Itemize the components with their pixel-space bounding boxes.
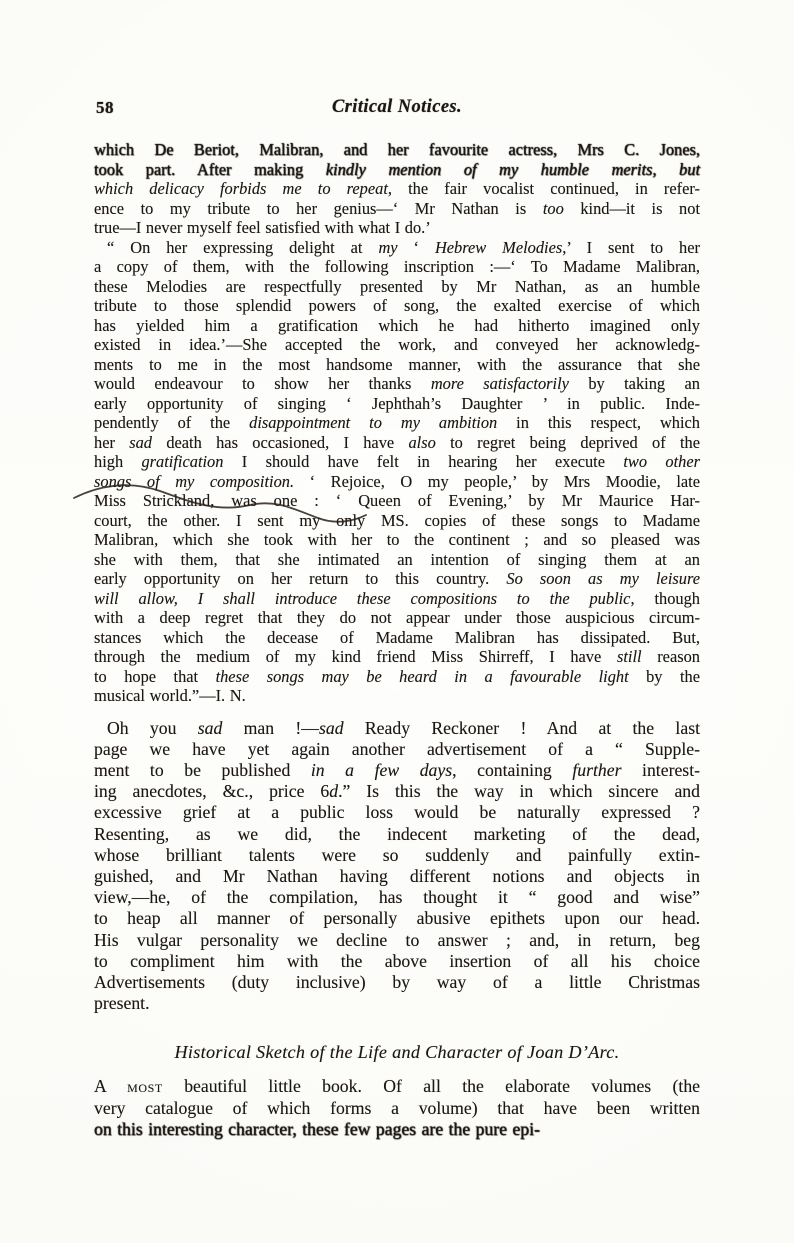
running-header: 58 Critical Notices. (94, 97, 700, 121)
text-segment: Hebrew Melodies (435, 238, 562, 257)
text-line: court, the other. I sent my only MS. cop… (94, 511, 700, 531)
text-line: ments to me in the most handsome manner,… (94, 355, 700, 375)
text-segment: still (617, 647, 642, 666)
text-line: early opportunity of singing ‘ Jephthah’… (94, 394, 700, 414)
text-line: will allow, I shall introduce these comp… (94, 589, 700, 609)
text-line: Malibran, which she took with her to the… (94, 530, 700, 550)
text-segment: with a deep regret that they do not appe… (94, 608, 700, 627)
text-line: which De Beriot, Malibran, and her favou… (94, 140, 700, 160)
text-line: to compliment him with the above inserti… (94, 951, 700, 972)
text-segment: more satisfactorily (431, 374, 569, 393)
text-segment: interest- (621, 760, 700, 780)
text-segment: in a few days (311, 760, 452, 780)
text-line: these Melodies are respectfully presente… (94, 277, 700, 297)
text-segment: to regret being deprived of the (436, 433, 700, 452)
text-segment: Malibran, which she took with her to the… (94, 530, 700, 549)
text-line: to heap all manner of personally abusive… (94, 908, 700, 929)
text-segment: , though (630, 589, 700, 608)
text-line: high gratification I should have felt in… (94, 452, 700, 472)
text-segment: also (408, 433, 435, 452)
text-segment: has yielded him a gratification which he… (94, 316, 700, 335)
text-line: a copy of them, with the following inscr… (94, 257, 700, 277)
text-segment: on this interesting character, these few… (94, 1119, 540, 1139)
section-heading-joan-darc: Historical Sketch of the Life and Charac… (94, 1041, 700, 1064)
text-segment: excessive grief at a public loss would b… (94, 802, 700, 822)
text-line: on this interesting character, these few… (94, 1119, 700, 1140)
text-segment: His vulgar personality we decline to ans… (94, 930, 700, 950)
text-segment: man !— (222, 718, 319, 738)
text-segment: would endeavour to show her thanks (94, 374, 431, 393)
text-segment: ,’ I sent to her (562, 238, 700, 257)
text-segment: page we have yet again another advertise… (94, 739, 700, 759)
text-segment: tribute to those splendid powers of song… (94, 296, 700, 315)
text-segment: in this respect, which (497, 413, 700, 432)
quote-paragraph: “ On her expressing delight at my ‘ Hebr… (94, 238, 700, 706)
text-segment: these Melodies are respectfully presente… (94, 277, 700, 296)
text-segment: pendently of the (94, 413, 249, 432)
text-segment: view,—he, of the compilation, has though… (94, 887, 700, 907)
text-segment: to compliment him with the above inserti… (94, 951, 700, 971)
text-segment: true—I never myself feel satisfied with … (94, 218, 431, 237)
text-line: existed in idea.’—She accepted the work,… (94, 335, 700, 355)
text-segment: whose brilliant talents were so suddenly… (94, 845, 700, 865)
text-segment: a copy of them, with the following inscr… (94, 257, 700, 276)
text-segment: Oh you (107, 718, 198, 738)
text-line: guished, and Mr Nathan having different … (94, 866, 700, 887)
text-line: whose brilliant talents were so suddenly… (94, 845, 700, 866)
text-segment: I should have felt in hearing her execut… (223, 452, 623, 471)
text-line: musical world.”—I. N. (94, 686, 700, 706)
text-segment: took part. After making (94, 160, 326, 179)
text-segment: ing anecdotes, &c., price 6 (94, 781, 329, 801)
text-segment: death has occasioned, I have (152, 433, 408, 452)
review-comment-paragraph: Oh you sad man !—sad Ready Reckoner ! An… (94, 718, 700, 1015)
text-segment: Advertisements (duty inclusive) by way o… (94, 972, 700, 992)
text-segment: gratification (141, 452, 223, 471)
text-line: to hope that these songs may be heard in… (94, 667, 700, 687)
text-line: which delicacy forbids me to repeat, the… (94, 179, 700, 199)
text-segment: sad (129, 433, 152, 452)
text-segment: through the medium of my kind friend Mis… (94, 647, 617, 666)
text-segment: sad (198, 718, 223, 738)
text-line: has yielded him a gratification which he… (94, 316, 700, 336)
text-line: true—I never myself feel satisfied with … (94, 218, 700, 238)
text-line: with a deep regret that they do not appe… (94, 608, 700, 628)
text-segment: existed in idea.’—She accepted the work,… (94, 335, 700, 354)
text-segment: disappointment to my ambition (249, 413, 497, 432)
text-segment: reason (642, 647, 700, 666)
text-segment: musical world.”—I. N. (94, 686, 246, 705)
text-line: tribute to those splendid powers of song… (94, 296, 700, 316)
quote-continuation-paragraph: which De Beriot, Malibran, and her favou… (94, 140, 700, 238)
text-line: Miss Strickland, was one : ‘ Queen of Ev… (94, 491, 700, 511)
text-segment: early opportunity on her return to this … (94, 569, 506, 588)
text-segment: beautiful little book. Of all the elabor… (163, 1076, 700, 1096)
text-line: she with them, that she intimated an int… (94, 550, 700, 570)
text-segment: ence to my tribute to her genius—‘ Mr Na… (94, 199, 543, 218)
text-segment: too (543, 199, 564, 218)
text-segment: these songs may be heard in a favourable… (216, 667, 629, 686)
text-segment: two other (623, 452, 700, 471)
text-segment: kindly mention of my humble merits, but (326, 160, 700, 179)
text-line: would endeavour to show her thanks more … (94, 374, 700, 394)
text-segment: high (94, 452, 141, 471)
text-segment: Ready Reckoner ! And at the last (344, 718, 700, 738)
text-line: stances which the decease of Madame Mali… (94, 628, 700, 648)
text-segment: d (329, 781, 338, 801)
text-segment: court, the other. I sent my only MS. cop… (94, 511, 700, 530)
text-segment: stances which the decease of Madame Mali… (94, 628, 700, 647)
text-segment: ments to me in the most handsome manner,… (94, 355, 700, 374)
text-segment: early opportunity of singing ‘ Jephthah’… (94, 394, 700, 413)
text-segment: present. (94, 993, 150, 1013)
text-segment: by the (629, 667, 700, 686)
text-segment: , containing (452, 760, 572, 780)
page-text-block: which De Beriot, Malibran, and her favou… (94, 140, 700, 1140)
text-segment: her (94, 433, 129, 452)
text-segment: .” Is this the way in which sincere and (338, 781, 700, 801)
text-line: pendently of the disappointment to my am… (94, 413, 700, 433)
text-line: A most beautiful little book. Of all the… (94, 1076, 700, 1097)
text-line: Resenting, as we did, the indecent marke… (94, 824, 700, 845)
text-line: ment to be published in a few days, cont… (94, 760, 700, 781)
text-line: ing anecdotes, &c., price 6d.” Is this t… (94, 781, 700, 802)
text-segment: guished, and Mr Nathan having different … (94, 866, 700, 886)
running-title: Critical Notices. (94, 97, 700, 118)
text-segment: to heap all manner of personally abusive… (94, 908, 700, 928)
joan-darc-review-paragraph: A most beautiful little book. Of all the… (94, 1076, 700, 1140)
text-segment: most (127, 1076, 163, 1096)
text-segment: further (572, 760, 621, 780)
text-segment: by taking an (569, 374, 700, 393)
text-line: her sad death has occasioned, I have als… (94, 433, 700, 453)
text-line: Oh you sad man !—sad Ready Reckoner ! An… (94, 718, 700, 739)
text-segment: to hope that (94, 667, 216, 686)
text-line: through the medium of my kind friend Mis… (94, 647, 700, 667)
text-segment: Resenting, as we did, the indecent marke… (94, 824, 700, 844)
text-segment: , the fair vocalist continued, in refer- (388, 179, 700, 198)
text-line: took part. After making kindly mention o… (94, 160, 700, 180)
text-line: page we have yet again another advertise… (94, 739, 700, 760)
text-segment: which De Beriot, Malibran, and her favou… (94, 140, 700, 159)
text-segment: songs of my composition. (94, 472, 294, 491)
text-segment: ment to be published (94, 760, 311, 780)
text-segment: very catalogue of which forms a volume) … (94, 1098, 700, 1118)
text-line: very catalogue of which forms a volume) … (94, 1098, 700, 1119)
text-line: “ On her expressing delight at my ‘ Hebr… (94, 238, 700, 258)
text-segment: will allow, I shall introduce these comp… (94, 589, 630, 608)
text-segment: So soon as my leisure (506, 569, 700, 588)
text-line: early opportunity on her return to this … (94, 569, 700, 589)
text-segment: A (94, 1076, 127, 1096)
text-line: present. (94, 993, 700, 1014)
text-segment: which delicacy forbids me to repeat (94, 179, 388, 198)
text-segment: she with them, that she intimated an int… (94, 550, 700, 569)
text-line: His vulgar personality we decline to ans… (94, 930, 700, 951)
text-line: view,—he, of the compilation, has though… (94, 887, 700, 908)
text-segment: Miss Strickland, was one : ‘ Queen of Ev… (94, 491, 700, 510)
text-segment: ‘ (398, 238, 435, 257)
text-line: Advertisements (duty inclusive) by way o… (94, 972, 700, 993)
text-segment: my (378, 238, 397, 257)
text-segment: kind—it is not (564, 199, 700, 218)
text-segment: sad (319, 718, 344, 738)
text-line: songs of my composition. ‘ Rejoice, O my… (94, 472, 700, 492)
text-line: excessive grief at a public loss would b… (94, 802, 700, 823)
text-segment: “ On her expressing delight at (107, 238, 378, 257)
text-segment: ‘ Rejoice, O my people,’ by Mrs Moodie, … (294, 472, 700, 491)
text-line: ence to my tribute to her genius—‘ Mr Na… (94, 199, 700, 219)
